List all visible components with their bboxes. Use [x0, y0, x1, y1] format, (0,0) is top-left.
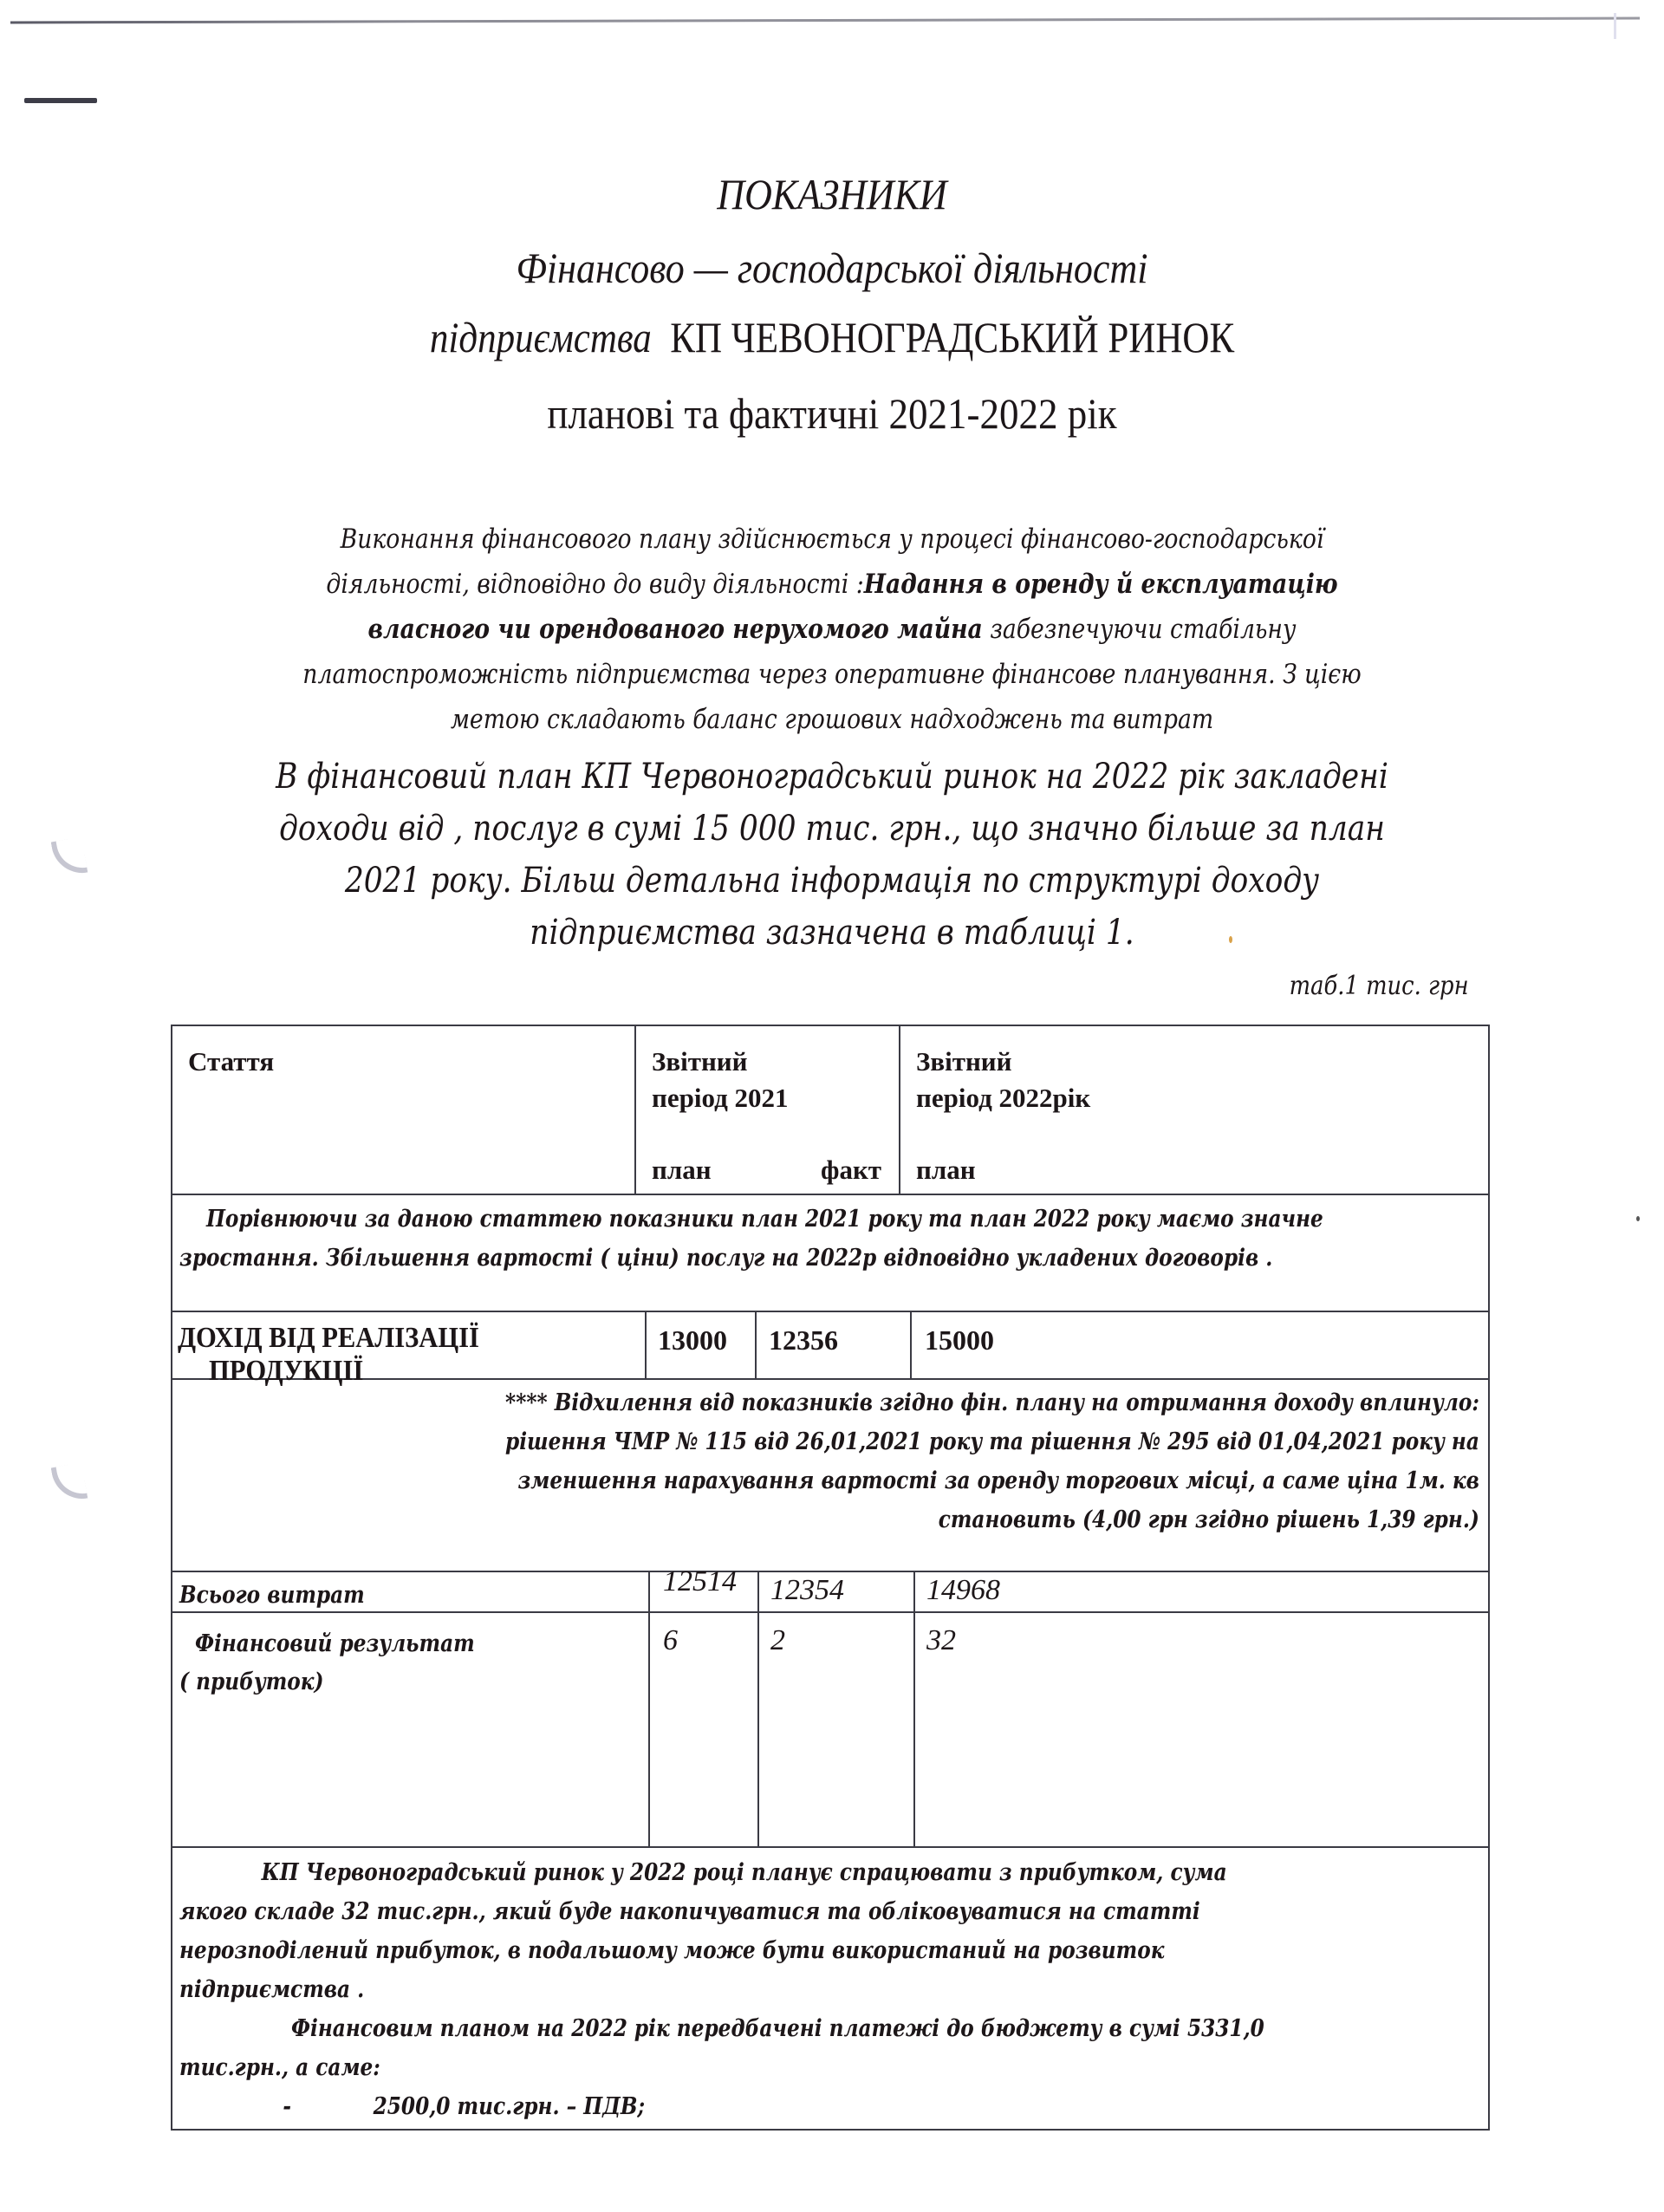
result-plan-2022: 32 — [926, 1624, 956, 1657]
deviation-line-1: **** Відхилення від показників згідно фі… — [505, 1383, 1479, 1422]
row-divider — [172, 1846, 1488, 1848]
comment-row-text: Порівнюючи за даною статтею показники пл… — [179, 1200, 1401, 1278]
income-label-line1: ДОХІД ВІД РЕАЛІЗАЦІЇ — [178, 1321, 479, 1356]
budget-bullet: -2500,0 тис.грн. – ПДВ; — [179, 2087, 1484, 2126]
deviation-line-2: рішення ЧМР № 115 від 26,01,2021 року та… — [505, 1422, 1479, 1461]
table-caption: таб.1 тис. грн — [1290, 971, 1469, 1001]
deviation-line-4: становить (4,00 грн згідно рішень 1,39 г… — [505, 1500, 1479, 1539]
scan-speck — [1636, 1216, 1640, 1221]
budget-line-1: Фінансовим планом на 2022 рік передбачен… — [179, 2009, 1484, 2048]
col-divider — [648, 1571, 650, 1846]
result-plan-2021: 6 — [663, 1624, 678, 1657]
col-divider — [634, 1026, 636, 1194]
document-subtitle: Фінансово — господарської діяльності — [100, 243, 1564, 293]
header-2022-line1: Звітний — [916, 1042, 1012, 1081]
punch-hole-mark — [51, 836, 88, 878]
document-period: планові та фактичні 2021-2022 рік — [83, 388, 1581, 439]
result-label-line2: ( прибуток) — [179, 1662, 323, 1701]
document-company-line: підприємства КП ЧЕВОНОГРАДСЬКИЙ РИНОК — [116, 312, 1547, 362]
lead-paragraph: В фінансовий план КП Червоноградський ри… — [270, 751, 1395, 959]
income-plan-2021: 13000 — [658, 1324, 727, 1356]
bullet-marker: - — [179, 2087, 291, 2126]
profit-paragraph: КП Червоноградський ринок у 2022 році пл… — [179, 1853, 1484, 2126]
company-prefix: підприємства — [430, 313, 652, 361]
col-divider — [755, 1311, 757, 1378]
row-divider — [172, 1611, 1488, 1613]
col-divider — [910, 1311, 912, 1378]
row-divider — [172, 1571, 1488, 1572]
company-name: КП ЧЕВОНОГРАДСЬКИЙ РИНОК — [670, 313, 1234, 361]
col-divider — [913, 1571, 915, 1846]
profit-line-4: підприємства . — [179, 1970, 1484, 2009]
income-label-line2: ПРОДУКЦІЇ — [209, 1354, 363, 1389]
financial-table: Стаття Звітний період 2021 план факт Зві… — [171, 1025, 1490, 2131]
result-label-line1: Фінансовий результат — [195, 1624, 475, 1663]
expenses-fact-2021: 12354 — [770, 1574, 844, 1607]
col-divider — [645, 1311, 647, 1378]
col-divider — [757, 1571, 759, 1846]
header-2022-plan: план — [916, 1150, 976, 1189]
deviation-note: **** Відхилення від показників згідно фі… — [505, 1383, 1479, 1539]
intro-paragraph: Виконання фінансового плану здійснюється… — [270, 517, 1395, 742]
scan-edge-line — [10, 17, 1640, 24]
profit-line-1: КП Червоноградський ринок у 2022 році пл… — [179, 1853, 1484, 1892]
header-2021-line1: Звітний — [652, 1042, 748, 1081]
row-divider — [172, 1194, 1488, 1195]
scan-edge-mark — [1614, 13, 1616, 39]
expenses-plan-2022: 14968 — [926, 1574, 1000, 1607]
income-plan-2022: 15000 — [925, 1324, 994, 1356]
row-divider — [172, 1378, 1488, 1380]
profit-line-2: якого складе 32 тис.грн., який буде нако… — [179, 1892, 1484, 1931]
header-2021-fact: факт — [821, 1150, 881, 1189]
result-fact-2021: 2 — [770, 1624, 785, 1657]
header-2021-plan: план — [652, 1150, 712, 1189]
document-title: ПОКАЗНИКИ — [100, 169, 1564, 219]
expenses-plan-2021: 12514 — [663, 1565, 737, 1598]
header-2021-line2: період 2021 — [652, 1078, 789, 1117]
bullet-text: 2500,0 тис.грн. – ПДВ; — [374, 2093, 645, 2120]
header-article: Стаття — [188, 1042, 274, 1081]
row-divider — [172, 1311, 1488, 1312]
budget-line-2: тис.грн., а саме: — [179, 2048, 1484, 2087]
col-divider — [899, 1026, 900, 1194]
punch-hole-mark — [51, 1462, 88, 1504]
expenses-label: Всього витрат — [179, 1576, 365, 1615]
scan-mark — [24, 98, 97, 103]
profit-line-3: нерозподілений прибуток, в подальшому мо… — [179, 1931, 1484, 1970]
deviation-line-3: зменшення нарахування вартості за оренду… — [505, 1461, 1479, 1500]
header-2022-line2: період 2022рік — [916, 1078, 1090, 1117]
income-fact-2021: 12356 — [769, 1324, 838, 1356]
